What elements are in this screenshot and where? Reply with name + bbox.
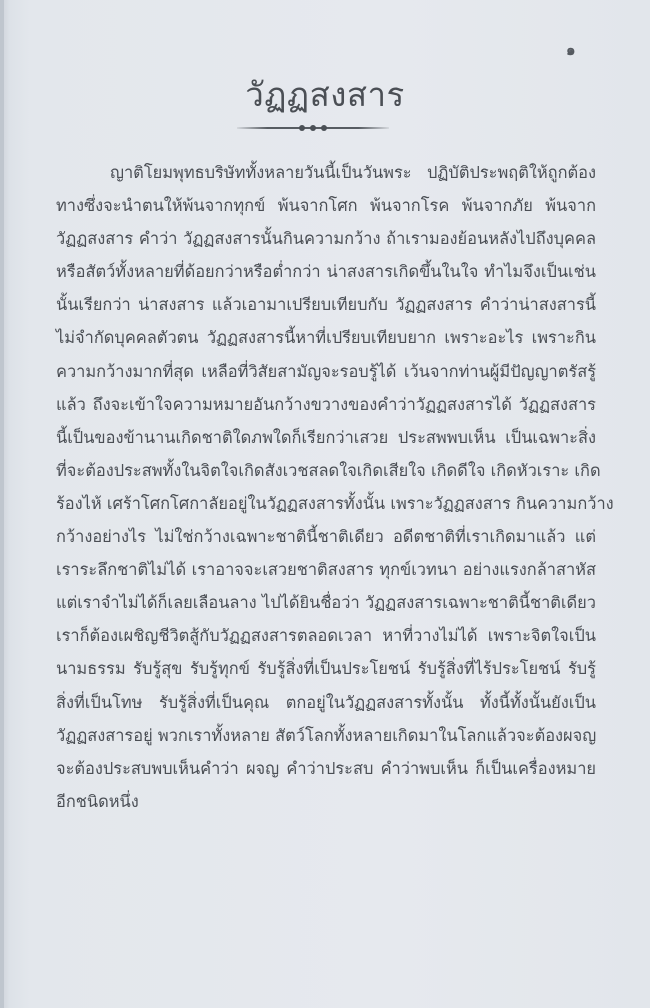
text-line: นามธรรม รับรู้สุข รับรู้ทุกข์ รับรู้สิ่ง… (56, 652, 596, 685)
title-ornament-divider (237, 125, 389, 131)
text-line: อีกชนิดหนึ่ง (56, 785, 596, 818)
ornament-dot (321, 125, 327, 131)
body-paragraph: ญาติโยมพุทธบริษัททั้งหลายวันนี้เป็นวันพร… (56, 156, 596, 818)
ornament-dot (310, 125, 316, 131)
text-line: เราระลึกชาติไม่ได้ เราอาจจะเสวยชาติสงสาร… (56, 553, 596, 586)
book-page: ๑ วัฏฏสงสาร ญาติโยมพุทธบริษัททั้งหลายวัน… (0, 0, 650, 1008)
text-line: แล้ว ถึงจะเข้าใจความหมายอันกว้างขวางของค… (56, 388, 596, 421)
text-line: นั้นเรียกว่า น่าสงสาร แล้วเอามาเปรียบเที… (56, 288, 596, 321)
text-line: ญาติโยมพุทธบริษัททั้งหลายวันนี้เป็นวันพร… (56, 156, 596, 189)
text-line: จะต้องประสบพบเห็นคำว่า ผจญ คำว่าประสบ คำ… (56, 752, 596, 785)
text-line: วัฏฏสงสารอยู่ พวกเราทั้งหลาย สัตว์โลกทั้… (56, 719, 596, 752)
text-line: ร้องไห้ เศร้าโศกโศกาลัยอยู่ในวัฏฏสงสารทั… (56, 487, 596, 520)
chapter-title: วัฏฏสงสาร (0, 68, 650, 121)
text-line: ที่จะต้องประสพทั้งในจิตใจเกิดสังเวชสลดใจ… (56, 454, 596, 487)
text-line: ทางซึ่งจะนำตนให้พ้นจากทุกข์ พ้นจากโศก พ้… (56, 189, 596, 222)
text-line: กว้างอย่างไร ไม่ใช่กว้างเฉพาะชาตินี้ชาติ… (56, 520, 596, 553)
ornament-dot (299, 125, 305, 131)
text-line: แต่เราจำไม่ได้ก็เลยเลือนลาง ไปได้ยินชื่อ… (56, 586, 596, 619)
text-line: เราก็ต้องเผชิญชีวิตสู้กับวัฏฏสงสารตลอดเว… (56, 619, 596, 652)
text-line: ความกว้างมากที่สุด เหลือที่วิสัยสามัญจะร… (56, 355, 596, 388)
text-line: นี้เป็นของข้านานเกิดชาติใดภพใดก็เรียกว่า… (56, 421, 596, 454)
page-number: ๑ (566, 38, 576, 62)
text-line: หรือสัตว์ทั้งหลายที่ด้อยกว่าหรือต่ำกว่า … (56, 255, 596, 288)
text-line: วัฏฏสงสาร คำว่า วัฏฏสงสารนั้นกินความกว้า… (56, 222, 596, 255)
text-line: ไม่จำกัดบุคคลตัวตน วัฏฏสงสารนี้หาที่เปรี… (56, 321, 596, 354)
text-line: สิ่งที่เป็นโทษ รับรู้สิ่งที่เป็นคุณ ตกอย… (56, 686, 596, 719)
